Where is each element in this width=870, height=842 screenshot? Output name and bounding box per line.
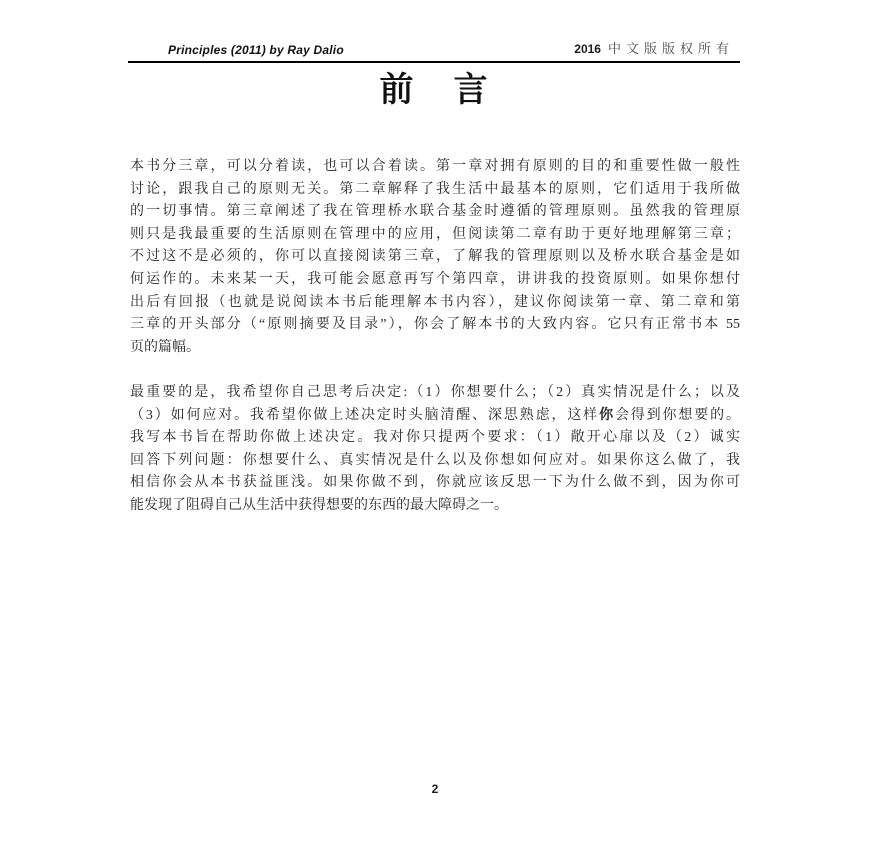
text-line: 能发现了阻碍自己从生活中获得想要的东西的最大障碍之一。 bbox=[130, 495, 740, 518]
text-line: 讨论，跟我自己的原则无关。第二章解释了我生活中最基本的原则，它们适用于我所做 bbox=[130, 179, 740, 202]
header-year: 2016 bbox=[574, 42, 601, 56]
header-copyright-label: 中文版版权所有 bbox=[608, 38, 734, 57]
paragraph: 本书分三章，可以分着读，也可以合着读。第一章对拥有原则的目的和重要性做一般性讨论… bbox=[130, 156, 740, 359]
document-page: Principles (2011) by Ray Dalio 2016 中文版版… bbox=[0, 0, 870, 842]
text-line: 我写本书旨在帮助你做上述决定。我对你只提两个要求：（1）敞开心扉以及（2）诚实 bbox=[130, 427, 740, 450]
text-line: 何运作的。未来某一天，我可能会愿意再写个第四章，讲讲我的投资原则。如果你想付 bbox=[130, 269, 740, 292]
text-line: 则只是我最重要的生活原则在管理中的应用，但阅读第二章有助于更好地理解第三章； bbox=[130, 224, 740, 247]
text-line: 的一切事情。第三章阐述了我在管理桥水联合基金时遵循的管理原则。虽然我的管理原 bbox=[130, 201, 740, 224]
text-line: 相信你会从本书获益匪浅。如果你做不到，你就应该反思一下为什么做不到，因为你可 bbox=[130, 472, 740, 495]
text-line: 不过这不是必须的，你可以直接阅读第三章，了解我的管理原则以及桥水联合基金是如 bbox=[130, 246, 740, 269]
body-text: 本书分三章，可以分着读，也可以合着读。第一章对拥有原则的目的和重要性做一般性讨论… bbox=[130, 156, 740, 540]
text-line: 回答下列问题：你想要什么、真实情况是什么以及你想如何应对。如果你这么做了，我 bbox=[130, 450, 740, 473]
page-header: Principles (2011) by Ray Dalio 2016 中文版版… bbox=[128, 38, 740, 63]
text-line: 三章的开头部分（“原则摘要及目录”），你会了解本书的大致内容。它只有正常书本 5… bbox=[130, 314, 740, 337]
header-book-title: Principles (2011) by Ray Dalio bbox=[128, 43, 344, 57]
header-copyright: 2016 中文版版权所有 bbox=[574, 38, 740, 57]
paragraph: 最重要的是，我希望你自己思考后决定:（1）你想要什么；（2）真实情况是什么；以及… bbox=[130, 382, 740, 518]
text-line: 页的篇幅。 bbox=[130, 337, 740, 360]
chapter-title: 前 言 bbox=[130, 72, 740, 109]
text-line: （3）如何应对。我希望你做上述决定时头脑清醒、深思熟虑，这样你会得到你想要的。 bbox=[130, 405, 740, 428]
bold-emphasis: 你 bbox=[599, 408, 615, 423]
text-line: 本书分三章，可以分着读，也可以合着读。第一章对拥有原则的目的和重要性做一般性 bbox=[130, 156, 740, 179]
page-number: 2 bbox=[130, 782, 740, 796]
text-line: 最重要的是，我希望你自己思考后决定:（1）你想要什么；（2）真实情况是什么；以及 bbox=[130, 382, 740, 405]
text-line: 出后有回报（也就是说阅读本书后能理解本书内容），建议你阅读第一章、第二章和第 bbox=[130, 292, 740, 315]
